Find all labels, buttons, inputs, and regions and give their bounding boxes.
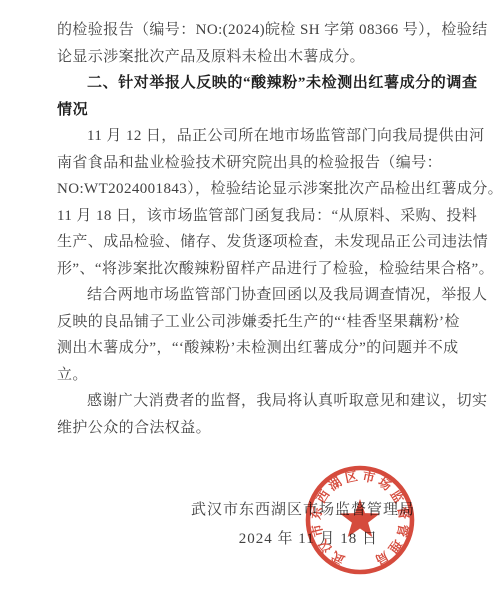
doc-line: 11 月 12 日，品正公司所在地市场监管部门向我局提供由河 — [57, 123, 465, 150]
svg-text:湖: 湖 — [326, 474, 345, 494]
doc-line: 立。 — [57, 362, 465, 389]
document-body: 的检验报告（编号：NO:(2024)皖检 SH 字第 08366 号），检验结 … — [57, 17, 465, 441]
doc-line: 南省食品和盐业检验技术研究院出具的检验报告（编号： — [57, 150, 465, 177]
doc-line: 维护公众的合法权益。 — [57, 415, 465, 442]
document-page: 的检验报告（编号：NO:(2024)皖检 SH 字第 08366 号），检验结 … — [0, 0, 500, 599]
doc-line: 生产、成品检验、储存、发货逐项检查，未发现品正公司违法情 — [57, 229, 465, 256]
section-heading-wrap: 情况 — [57, 97, 465, 124]
doc-line: 形”、“将涉案批次酸辣粉留样产品进行了检验，检验结果合格”。 — [57, 256, 465, 283]
doc-line: 反映的良品铺子工业公司涉嫌委托生产的“‘桂香坚果藕粉’检 — [57, 309, 465, 336]
doc-line: 感谢广大消费者的监督，我局将认真听取意见和建议，切实 — [57, 388, 465, 415]
seal-ring-icon — [308, 468, 412, 572]
doc-line: NO:WT2024001843），检验结论显示涉案批次产品检出红薯成分。 — [57, 176, 465, 203]
section-heading: 二、针对举报人反映的“酸辣粉”未检测出红薯成分的调查 — [57, 70, 465, 97]
svg-text:局: 局 — [372, 548, 390, 567]
doc-line: 结合两地市场监管部门协查回函以及我局调查情况，举报人 — [57, 282, 465, 309]
svg-text:场: 场 — [376, 474, 395, 494]
svg-text:管: 管 — [394, 523, 412, 539]
official-seal: 武汉市东西湖区市场监督管理局 — [302, 462, 418, 578]
issuing-authority-signature: 武汉市东西湖区市场监督管理局 — [191, 498, 415, 519]
svg-text:区: 区 — [344, 468, 360, 485]
svg-text:市: 市 — [361, 468, 377, 485]
svg-text:理: 理 — [385, 537, 404, 556]
doc-line: 测出木薯成分”，“‘酸辣粉’未检测出红薯成分”的问题并不成 — [57, 335, 465, 362]
doc-line: 11 月 18 日，该市场监管部门函复我局：“从原料、采购、投料 — [57, 203, 465, 230]
document-date: 2024 年 11 月 18 日 — [239, 527, 378, 548]
doc-line: 的检验报告（编号：NO:(2024)皖检 SH 字第 08366 号），检验结 — [57, 17, 465, 44]
svg-text:武: 武 — [328, 548, 347, 567]
doc-line: 论显示涉案批次产品及原料未检出木薯成分。 — [57, 44, 465, 71]
